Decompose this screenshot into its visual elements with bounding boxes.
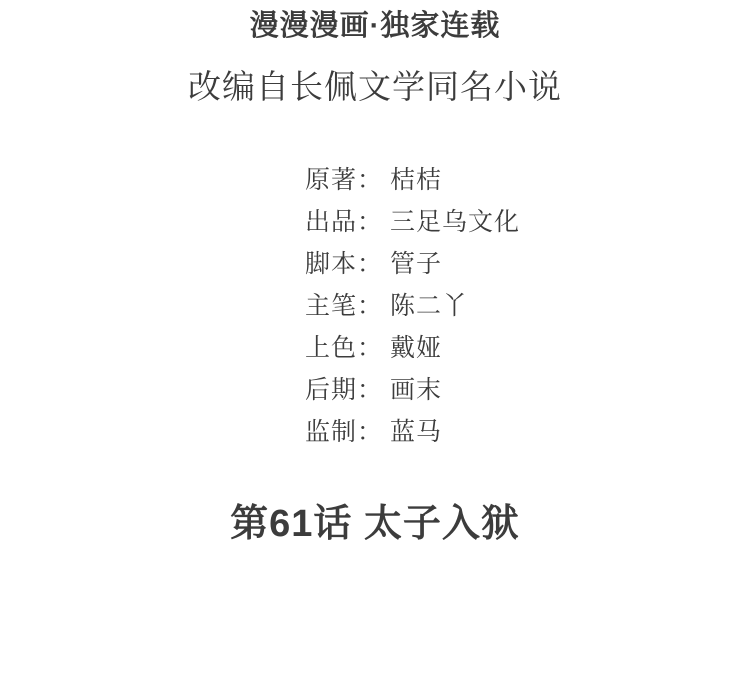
credit-role-label: 监制： [305,411,383,453]
credit-value: 戴娅 [390,327,442,369]
credit-role-label: 出品： [305,201,383,243]
credit-role-label: 上色： [305,327,383,369]
credit-value: 画末 [390,369,442,411]
credit-value: 桔桔 [390,159,442,201]
credit-role-label: 后期： [305,369,383,411]
chapter-title: 第61话 太子入狱 [0,502,750,548]
credit-row-coloring: 上色：戴娅 [305,327,520,369]
comic-credits-page: 漫漫漫画·独家连载 改编自长佩文学同名小说 原著：桔桔 出品：三足乌文化 脚本：… [0,0,750,682]
credit-row-post-production: 后期：画末 [305,369,520,411]
credit-value: 陈二丫 [390,285,468,327]
credit-role-label: 原著： [305,159,383,201]
credit-role-label: 主笔： [305,285,383,327]
credit-value: 蓝马 [390,411,442,453]
credit-row-original-author: 原著：桔桔 [305,159,520,201]
credit-row-lead-artist: 主笔：陈二丫 [305,285,520,327]
credit-row-supervisor: 监制：蓝马 [305,411,520,453]
credit-value: 管子 [390,243,442,285]
credit-role-label: 脚本： [305,243,383,285]
credit-row-script: 脚本：管子 [305,243,520,285]
adaptation-note: 改编自长佩文学同名小说 [0,66,750,107]
credit-row-producer: 出品：三足乌文化 [305,201,520,243]
credits-list: 原著：桔桔 出品：三足乌文化 脚本：管子 主笔：陈二丫 上色：戴娅 后期：画末 … [305,159,520,453]
credit-value: 三足乌文化 [390,201,520,243]
platform-title: 漫漫漫画·独家连载 [0,8,750,44]
